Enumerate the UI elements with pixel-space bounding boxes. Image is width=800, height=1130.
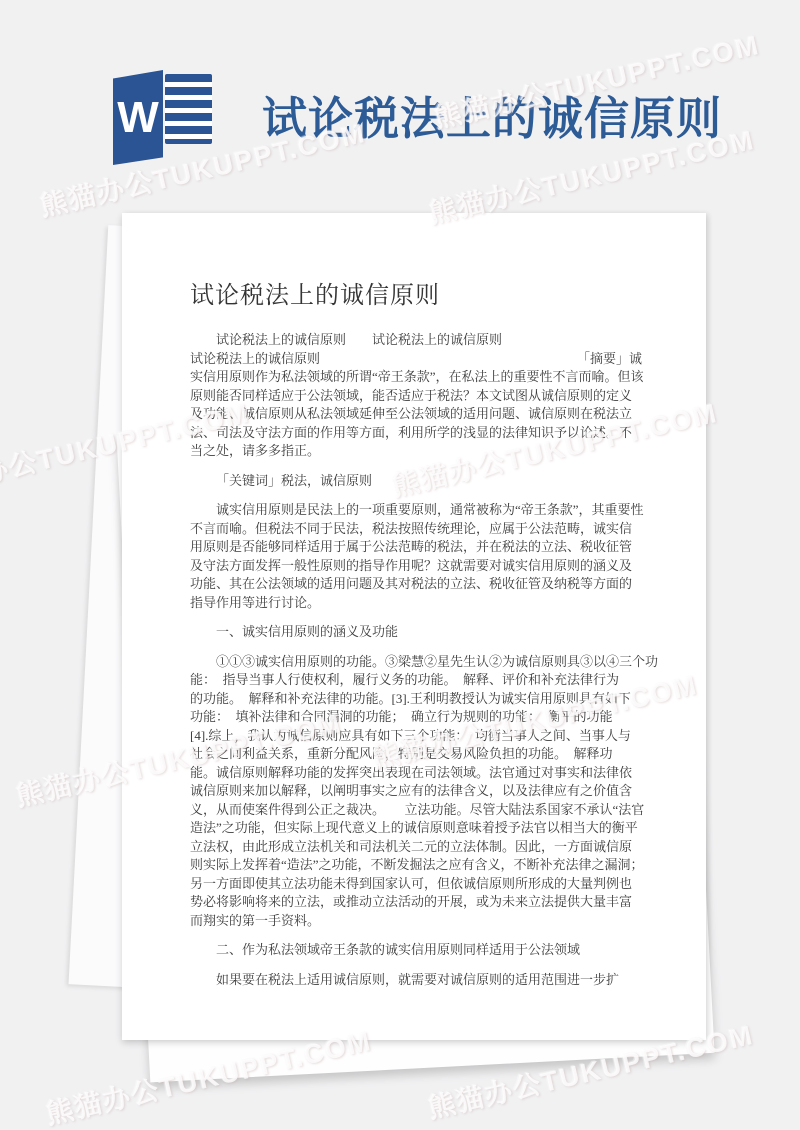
text-line: 则实际上发挥着“造法”之功能，不断发掘法之应有含义，不断补充法律之漏洞； [190,856,642,875]
text-line: 义，从而使案件得到公正之裁决。 立法功能。尽管大陆法系国家不承认“法官 [190,801,642,820]
text-line: 当之处，请多多指正。 [190,442,642,461]
text-line: 及功能、诚信原则从私法领域延伸至公法领域的适用问题、诚信原则在税法立 [190,405,642,424]
text-line: 立法权，由此形成立法机关和司法机关二元的立法体制。因此，一方面诚信原 [190,838,642,857]
text-line: 指导作用等进行讨论。 [190,594,642,613]
paragraph: ①①③诚实信用原则的功能。③梁慧②星先生认②为诚信原则具③以④三个功能： 指导当… [190,653,642,931]
document-page: 试论税法上的诚信原则 试论税法上的诚信原则 试论税法上的诚信原则试论税法上的诚信… [122,213,706,1040]
word-icon-letter: W [117,96,159,140]
text-line: 诚信原则来加以解释，以阐明事实之应有的法律含义，以及法律应有之价值含 [190,782,642,801]
preview-canvas: W 试论税法上的诚信原则 试论税法上的诚信原则 试论税法上的诚信原则 试论税法上… [0,0,800,1130]
text-line: 法、司法及守法方面的作用等方面，利用所学的浅显的法律知识予以论述。不 [190,424,642,443]
text-line-left: 试论税法上的诚信原则 [190,350,320,369]
text-line: 的功能。 解释和补充法律的功能。[3].王利明教授认为诚实信用原则具有如下 [190,690,642,709]
document-body: 试论税法上的诚信原则 试论税法上的诚信原则试论税法上的诚信原则「摘要」诚实信用原… [190,331,642,1000]
paragraph: 一、诚实信用原则的涵义及功能 [190,623,642,642]
text-line: 功能、其在公法领域的适用问题及其对税法的立法、税收征管及纳税等方面的 [190,575,642,594]
text-line: 造法”之功能，但实际上现代意义上的诚信原则意味着授予法官以相当大的衡平 [190,819,642,838]
text-line: 用原则是否能够同样适用于属于公法范畴的税法，并在税法的立法、税收征管 [190,538,642,557]
text-line: 实信用原则作为私法领域的所谓“帝王条款”，在私法上的重要性不言而喻。但该 [190,368,642,387]
text-line: [4].综上，我认为诚信原则应具有如下三个功能： 均衡当事人之间、当事人与 [190,727,642,746]
paragraph: 诚实信用原则是民法上的一项重要原则，通常被称为“帝王条款”，其重要性不言而喻。但… [190,501,642,612]
paragraph: 「关键词」税法，诚信原则 [190,472,642,491]
page-title: 试论税法上的诚信原则 [262,82,722,147]
paragraph: 如果要在税法上适用诚信原则，就需要对诚信原则的适用范围进一步扩 [190,971,642,990]
text-line: 如果要在税法上适用诚信原则，就需要对诚信原则的适用范围进一步扩 [190,971,642,990]
text-line: 能： 指导当事人行使权利，履行义务的功能。 解释、评价和补充法律行为 [190,671,642,690]
text-line: 势必将影响将来的立法，或推动立法活动的开展，或为未来立法提供大量丰富 [190,893,642,912]
text-line: 不言而喻。但税法不同于民法，税法按照传统理论，应属于公法范畴，诚实信 [190,520,642,539]
header: W 试论税法上的诚信原则 [0,0,800,210]
paragraph: 试论税法上的诚信原则 试论税法上的诚信原则试论税法上的诚信原则「摘要」诚实信用原… [190,331,642,461]
text-line: 原则能否同样适应于公法领域，能否适应于税法？本文试图从诚信原则的定义 [190,387,642,406]
text-line: 而翔实的第一手资料。 [190,912,642,931]
text-line: 一、诚实信用原则的涵义及功能 [190,623,642,642]
text-line: 社会之间利益关系，重新分配风险，特别是交易风险负担的功能。 解释功 [190,745,642,764]
text-line: 试论税法上的诚信原则「摘要」诚 [190,350,642,369]
word-icon: W [110,62,214,168]
text-line: 能。诚信原则解释功能的发挥突出表现在司法领域。法官通过对事实和法律依 [190,764,642,783]
text-line: 二、作为私法领域帝王条款的诚实信用原则同样适用于公法领域 [190,941,642,960]
document-title: 试论税法上的诚信原则 [190,275,440,310]
word-icon-cover: W [113,70,163,165]
paragraph: 二、作为私法领域帝王条款的诚实信用原则同样适用于公法领域 [190,941,642,960]
word-icon-document-lines [165,74,212,144]
text-line: ①①③诚实信用原则的功能。③梁慧②星先生认②为诚信原则具③以④三个功 [190,653,642,672]
text-line: 「关键词」税法，诚信原则 [190,472,642,491]
text-line: 及守法方面发挥一般性原则的指导作用呢？这就需要对诚实信用原则的涵义及 [190,557,642,576]
text-line-right: 「摘要」诚 [577,350,642,369]
text-line: 试论税法上的诚信原则 试论税法上的诚信原则 [190,331,642,350]
text-line: 诚实信用原则是民法上的一项重要原则，通常被称为“帝王条款”，其重要性 [190,501,642,520]
text-line: 功能： 填补法律和合同漏洞的功能； 确立行为规则的功能； 衡平的功能 [190,708,642,727]
text-line: 另一方面即使其立法功能未得到国家认可，但依诚信原则所形成的大量判例也 [190,875,642,894]
